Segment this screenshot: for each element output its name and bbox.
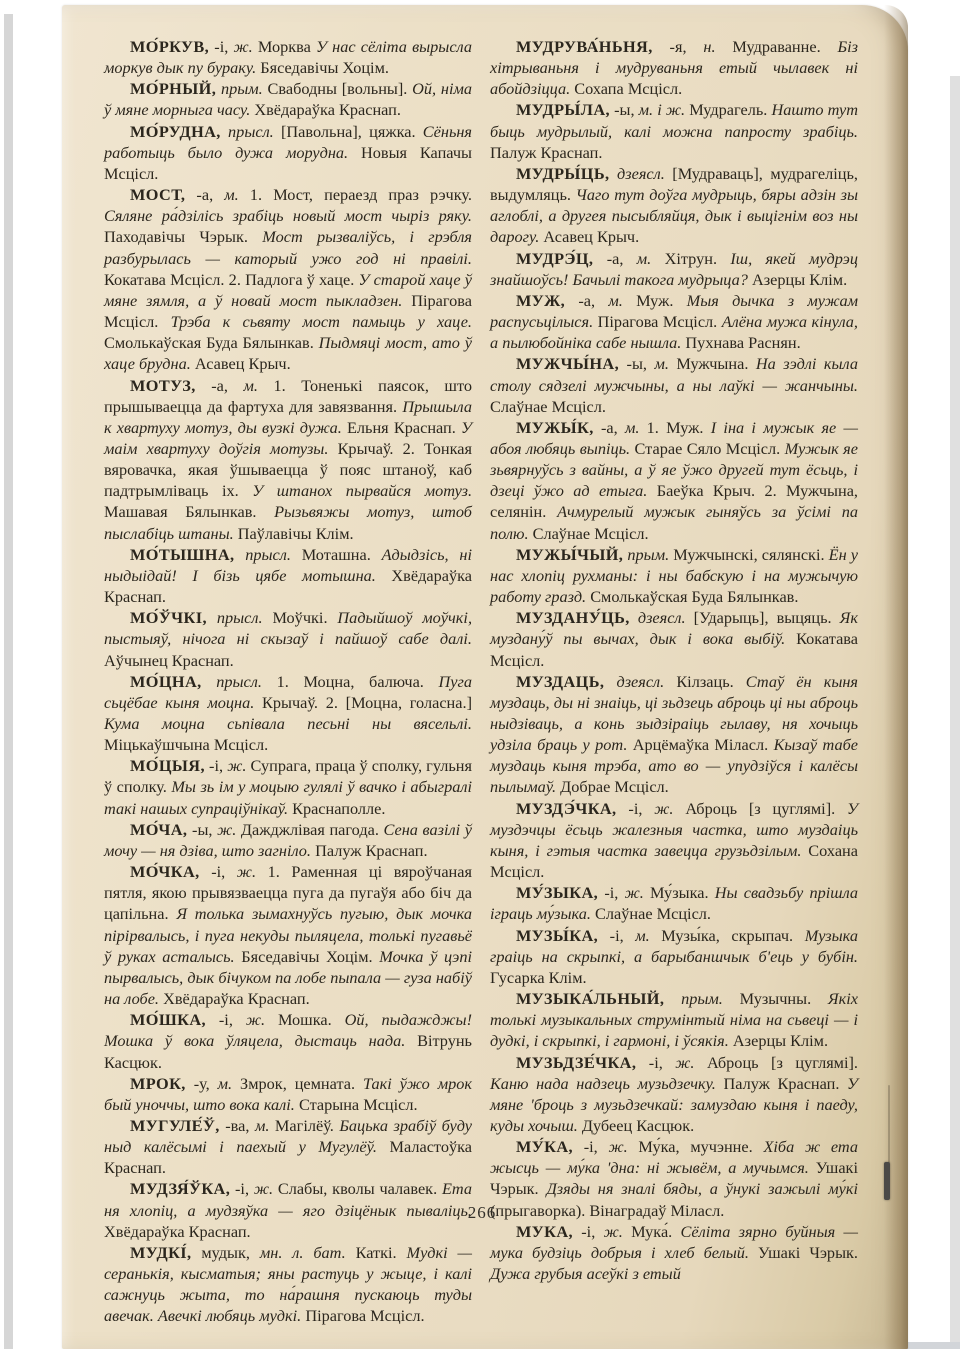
entry-text: Асавец Крыч. (191, 354, 291, 373)
entry-text: 1. Моцна, балюча. (262, 672, 439, 691)
headword: МО́ЦЫЯ, (130, 756, 205, 775)
entry-italic-text: прысл. (228, 122, 274, 141)
entry-text: Краснаполле. (288, 799, 385, 818)
entry-text: Палуж Краснап. (716, 1074, 847, 1093)
dictionary-entry: МО́ЎЧКІ, прысл. Моўчкі. Падыйшоў моўчкі,… (104, 607, 472, 670)
entry-text: Слаўнае Мсцісл. (591, 904, 711, 923)
entry-text: Старына Мсцісл. (295, 1095, 418, 1114)
entry-italic-text: м. (224, 185, 238, 204)
entry-text: Хвёдараўка Краснап. (250, 100, 401, 119)
entry-italic-text: ж. (625, 883, 644, 902)
entry-text: Аброць [з цуглямі]. (674, 799, 848, 818)
headword: МУДРЫ́ЦЬ, (516, 164, 610, 183)
entry-text: Міцькаўшчына Мсцісл. (104, 735, 268, 754)
entry-text: Ушакі Чэрык. (749, 1243, 858, 1262)
headword: МУЗДАНУ́ЦЬ, (516, 608, 630, 627)
dictionary-entry: МУЗЫКА́ЛЬНЫЙ, прым. Музычны. Якіх толькі… (490, 988, 858, 1051)
dictionary-entry: МО́РКУВ, -і, ж. Морква У нас сёліта выры… (104, 36, 472, 78)
entry-text: Пухнава Раснян. (681, 333, 800, 352)
entry-text: Дажджлівая пагода. (236, 820, 383, 839)
scan-edge-strip-right (950, 76, 960, 1349)
entry-text: Кокатава Мсцісл. 2. Падлога ў хаце. (104, 270, 359, 289)
entry-italic-text: Каню нада надзець музьдзечку. (490, 1074, 716, 1093)
entry-text: Змрок, цемната. (232, 1074, 363, 1093)
entry-italic-text: Дзяды ня зналі бяды, а ўнукі зажылі му́к… (546, 1179, 858, 1198)
headword: МУЖЧЫ́НА, (516, 354, 619, 373)
entry-text (202, 672, 217, 691)
entry-italic-text: м. (218, 1074, 232, 1093)
page-edge-mark-dark (884, 1162, 890, 1200)
entry-italic-text: Трэба к сьвяту мост памыць у хаце. (171, 312, 472, 331)
entry-text: Палуж Краснап. (490, 143, 602, 162)
entry-text: -а, (593, 249, 636, 268)
entry-text: Музычны. (723, 989, 828, 1008)
headword: МО́ЧКА, (130, 862, 200, 881)
entry-text: Смолькаўская Буда Бялынкав. (104, 333, 319, 352)
entry-text: -і, (617, 799, 655, 818)
dictionary-entry: МО́ЧА, -ы, ж. Дажджлівая пагода. Сена ва… (104, 819, 472, 861)
headword: МУДРЭ́Ц, (516, 249, 593, 268)
dictionary-entry: МОСТ, -а, м. 1. Мост, пераезд праз рэчку… (104, 184, 472, 374)
headword: МУДЗЯ́ЎКА, (130, 1179, 230, 1198)
headword: МУЗЬДЗЕ́ЧКА, (516, 1053, 636, 1072)
entry-text: -і, (200, 862, 237, 881)
entry-text: Старае Сяло Мсцісл. (630, 439, 784, 458)
entry-text: Паўлавічы Клім. (234, 524, 354, 543)
entry-text: Моташна. (291, 545, 382, 564)
headword: МУГУЛЕ́Ў, (130, 1116, 220, 1135)
entry-italic-text: Дужа грубыя асеўкі з етый (490, 1264, 681, 1283)
entry-italic-text: м. (608, 291, 622, 310)
entry-italic-text: м. (637, 249, 651, 268)
entry-text (221, 122, 228, 141)
entry-text (610, 164, 618, 183)
entry-text (630, 608, 638, 627)
dictionary-entry: МУЖ, -а, м. Муж. Мыя дычка з мужам распу… (490, 290, 858, 353)
entry-italic-text: м. (654, 354, 668, 373)
entry-italic-text: м. (625, 418, 639, 437)
entry-text: Крычаў. 2. [Моцна, голасна.] (254, 693, 472, 712)
entry-text: мудык, (191, 1243, 259, 1262)
dictionary-entry: МОТУЗ, -а, м. 1. Тоненькі паясок, што пр… (104, 375, 472, 544)
headword: МУЗЫ́КА, (516, 926, 598, 945)
entry-text: Мужчына. (669, 354, 756, 373)
entry-text: Мука́. (623, 1222, 681, 1241)
entry-text: Асавец Крыч. (539, 227, 639, 246)
entry-text: -а, (594, 418, 625, 437)
entry-text: -ва, (220, 1116, 255, 1135)
entry-text: Дубеец Касцюк. (578, 1116, 694, 1135)
headword: МУ́ЗЫКА, (516, 883, 598, 902)
entry-text (604, 672, 616, 691)
entry-text: [Ударыць], выцяць. (686, 608, 840, 627)
headword: МО́РУДНА, (130, 122, 221, 141)
entry-text: Бяседавічы Хоцім. (256, 58, 389, 77)
entry-text: Моўчкі. (263, 608, 338, 627)
entry-text: Гусарка Клім. (490, 968, 587, 987)
entry-text: Ельня Краснап. (342, 418, 461, 437)
entry-text: Смолькаўская Буда Бялынкав. (586, 587, 798, 606)
dictionary-entry: МУДКІ́, мудык, мн. л. бат. Каткі. Мудкі … (104, 1242, 472, 1327)
entry-text: 1. Муж. (639, 418, 710, 437)
entry-italic-text: дзеясл. (616, 672, 664, 691)
column-right: МУДРУВА́НЬНЯ, -я, н. Мудраванне. Біз хіт… (490, 36, 858, 1284)
headword: МУДРУВА́НЬНЯ, (516, 37, 653, 56)
headword: МОСТ, (130, 185, 185, 204)
entry-text: Пірагова Мсцісл. (593, 312, 722, 331)
entry-text: -ы, (619, 354, 654, 373)
entry-italic-text: Сяляне ра́дзілісь зрабіць новый мост чыр… (104, 206, 472, 225)
entry-italic-text: прысл. (245, 545, 291, 564)
entry-italic-text: мн. л. бат. (260, 1243, 346, 1262)
entry-text: -і, (230, 1179, 254, 1198)
headword: МУЗДАЦЬ, (516, 672, 604, 691)
entry-italic-text: ж. (654, 799, 673, 818)
entry-text: Слаўнае Мсцісл. (529, 524, 649, 543)
entry-text (207, 608, 217, 627)
entry-text: Азерцы Клім. (729, 1031, 828, 1050)
entry-text: Аўчынец Краснап. (104, 651, 234, 670)
dictionary-entry: МО́РНЫЙ, прым. Свабодны [вольны]. Ой, ні… (104, 78, 472, 120)
entry-text: -і, (205, 756, 227, 775)
entry-italic-text: ж. (604, 1222, 623, 1241)
headword: МУЖ, (516, 291, 565, 310)
entry-text: -і, (209, 37, 233, 56)
entry-italic-text: н. (703, 37, 715, 56)
entry-text: Магілёў. (269, 1116, 339, 1135)
dictionary-entry: МУДРУВА́НЬНЯ, -я, н. Мудраванне. Біз хіт… (490, 36, 858, 99)
entry-italic-text: ж. (254, 1179, 273, 1198)
entry-text: Сохапа Мсцісл. (570, 79, 682, 98)
entry-italic-text: ж. (217, 820, 236, 839)
entry-text: Мужчынскі, сялянскі. (669, 545, 828, 564)
dictionary-entry: МУКА, -і, ж. Мука́. Сёліта зярно буйныя … (490, 1221, 858, 1284)
entry-italic-text: дзеясл. (638, 608, 686, 627)
entry-italic-text: м. (255, 1116, 269, 1135)
headword: МУДКІ́, (130, 1243, 191, 1262)
entry-italic-text: ж. (227, 756, 246, 775)
entry-text: -а, (196, 376, 244, 395)
dictionary-entry: МУДРЫ́ЦЬ, дзеясл. [Мудраваць], мудрагелі… (490, 163, 858, 248)
headword: МРОК, (130, 1074, 186, 1093)
entry-italic-text: м. (635, 926, 649, 945)
entry-text: Му́зыка. (644, 883, 715, 902)
headword: МУЖЫ́К, (516, 418, 594, 437)
entry-text: Каткі. (346, 1243, 407, 1262)
entry-text: Мудрагель. (685, 100, 771, 119)
dictionary-entry: МУЗЫ́КА, -і, м. Музы́ка, скрыпач. Музыка… (490, 925, 858, 988)
entry-italic-text: м. (243, 376, 257, 395)
entry-text: Палуж Краснап. (311, 841, 428, 860)
headword: МУКА, (516, 1222, 573, 1241)
entry-text (664, 989, 681, 1008)
entry-italic-text: прым. (681, 989, 723, 1008)
dictionary-entry: МО́РУДНА, прысл. [Павольна], цяжка. Сёнь… (104, 121, 472, 184)
headword: МУДРЫ́ЛА, (516, 100, 610, 119)
entry-text: [Павольна], цяжка. (274, 122, 423, 141)
dictionary-entry: МО́ЧКА, -і, ж. 1. Раменная ці вяроўчаная… (104, 861, 472, 1009)
dictionary-entry: МО́ЦНА, прысл. 1. Моцна, балюча. Пуга сь… (104, 671, 472, 756)
entry-text: Аброць [з цуглямі]. (694, 1053, 858, 1072)
entry-text: Бяседавічы Хоцім. (235, 947, 380, 966)
entry-italic-text: ж. (237, 862, 256, 881)
entry-text: Морква (253, 37, 316, 56)
entry-text: -і, (206, 1010, 246, 1029)
entry-text: -і, (573, 1137, 609, 1156)
headword: МО́ЦНА, (130, 672, 202, 691)
entry-italic-text: прым. (221, 79, 263, 98)
entry-text: -у, (186, 1074, 218, 1093)
page-number: 266 (104, 1203, 860, 1223)
dictionary-entry: МРОК, -у, м. Змрок, цемната. Такі ўжо мр… (104, 1073, 472, 1115)
entry-italic-text: ж. (233, 37, 252, 56)
entry-text: -і, (598, 926, 635, 945)
entry-text: Слаўнае Мсцісл. (490, 397, 606, 416)
entry-italic-text: дзеясл. (617, 164, 665, 183)
entry-italic-text: прысл. (216, 672, 262, 691)
entry-text: -ы, (187, 820, 217, 839)
dictionary-entry: МУЖЫ́К, -а, м. 1. Муж. І іна і мужык яе … (490, 417, 858, 544)
headword: МУЖЫ́ЧЫЙ, (516, 545, 623, 564)
dictionary-entry: МО́ЦЫЯ, -і, ж. Супрага, праца ў сполку, … (104, 755, 472, 818)
entry-text: Азерцы Клім. (748, 270, 847, 289)
entry-text: Хвёдараўка Краснап. (159, 989, 310, 1008)
headword: МОТУЗ, (130, 376, 196, 395)
entry-italic-text: У штанох пырвайся мотуз. (252, 481, 472, 500)
entry-text: Слабы, кволы чалавек. (273, 1179, 442, 1198)
entry-text: Хвёдараўка Краснап. (104, 1222, 251, 1241)
entry-text: -а, (185, 185, 224, 204)
headword: МУЗЫКА́ЛЬНЫЙ, (516, 989, 664, 1008)
entry-italic-text: ж. (675, 1053, 694, 1072)
entry-italic-text: Кума моцна сьпівала песьні ны вясельлі. (104, 714, 472, 733)
headword: МУЗДЭ́ЧКА, (516, 799, 617, 818)
dictionary-entry: МУ́ЗЫКА, -і, ж. Му́зыка. Ны свадзьбу прі… (490, 882, 858, 924)
entry-text: -ы, (610, 100, 639, 119)
entry-text: Муж. (623, 291, 687, 310)
dictionary-entry: МУЗДАНУ́ЦЬ, дзеясл. [Ударыць], выцяць. Я… (490, 607, 858, 670)
headword: МО́РНЫЙ, (130, 79, 216, 98)
entry-italic-text: ж. (608, 1137, 627, 1156)
dictionary-entry: МУЗДАЦЬ, дзеясл. Кілзаць. Стаў ён кыня м… (490, 671, 858, 798)
entry-text: Арцёмаўка Міласл. (627, 735, 773, 754)
dictionary-entry: МО́ТЫШНА, прысл. Моташна. Адыдзісь, ні н… (104, 544, 472, 607)
dictionary-entry: МУЖЫ́ЧЫЙ, прым. Мужчынскі, сялянскі. Ён … (490, 544, 858, 607)
dictionary-entry: МУЗДЭ́ЧКА, -і, ж. Аброць [з цуглямі]. У … (490, 798, 858, 883)
entry-text: Мошка. (265, 1010, 345, 1029)
entry-italic-text: прысл. (217, 608, 263, 627)
entry-text: Добрае Мсцісл. (556, 777, 669, 796)
dictionary-entry: МУЗЬДЗЕ́ЧКА, -і, ж. Аброць [з цуглямі]. … (490, 1052, 858, 1137)
entry-text: -а, (565, 291, 608, 310)
column-left: МО́РКУВ, -і, ж. Морква У нас сёліта выры… (104, 36, 472, 1327)
entry-text: -і, (636, 1053, 675, 1072)
headword: МО́ЧА, (130, 820, 187, 839)
dictionary-entry: МУДРЭ́Ц, -а, м. Хітрун. Іш, якей мудрэц … (490, 248, 858, 290)
page-edge-mark-thin (888, 1085, 890, 1163)
entry-text: 1. Мост, пераезд праз рэчку. (239, 185, 472, 204)
dictionary-entry: МО́ШКА, -і, ж. Мошка. Ой, пыдажджы! Мошк… (104, 1009, 472, 1072)
entry-text: Пірагова Мсцісл. (301, 1306, 424, 1325)
entry-text: -і, (573, 1222, 604, 1241)
headword: МО́ЎЧКІ, (130, 608, 207, 627)
headword: МО́ТЫШНА, (130, 545, 234, 564)
headword: МО́ШКА, (130, 1010, 206, 1029)
entry-text: -і, (598, 883, 624, 902)
entry-italic-text: прым. (627, 545, 669, 564)
entry-text: Кілзаць. (664, 672, 746, 691)
entry-text: Хітрун. (651, 249, 730, 268)
entry-text: Машавая Бялынкав. (104, 502, 274, 521)
entry-italic-text: м. і ж. (639, 100, 685, 119)
entry-text: Паходавічы Чэрык. (104, 227, 262, 246)
dictionary-entry: МУГУЛЕ́Ў, -ва, м. Магілёў. Бацька зрабіў… (104, 1115, 472, 1178)
entry-text: Му́ка, мучэнне. (628, 1137, 764, 1156)
headword: МО́РКУВ, (130, 37, 209, 56)
entry-text (234, 545, 245, 564)
scan-edge-strip-left (4, 14, 13, 1349)
entry-text: Музы́ка, скрыпач. (650, 926, 805, 945)
entry-text: Свабодны [вольны]. (263, 79, 412, 98)
entry-italic-text: ж. (246, 1010, 265, 1029)
entry-text: Мудраванне. (716, 37, 838, 56)
dictionary-entry: МУДРЫ́ЛА, -ы, м. і ж. Мудрагель. Нашто т… (490, 99, 858, 162)
headword: МУ́КА, (516, 1137, 573, 1156)
entry-text: -я, (653, 37, 704, 56)
dictionary-entry: МУЖЧЫ́НА, -ы, м. Мужчына. На зэдлі кыла … (490, 353, 858, 416)
